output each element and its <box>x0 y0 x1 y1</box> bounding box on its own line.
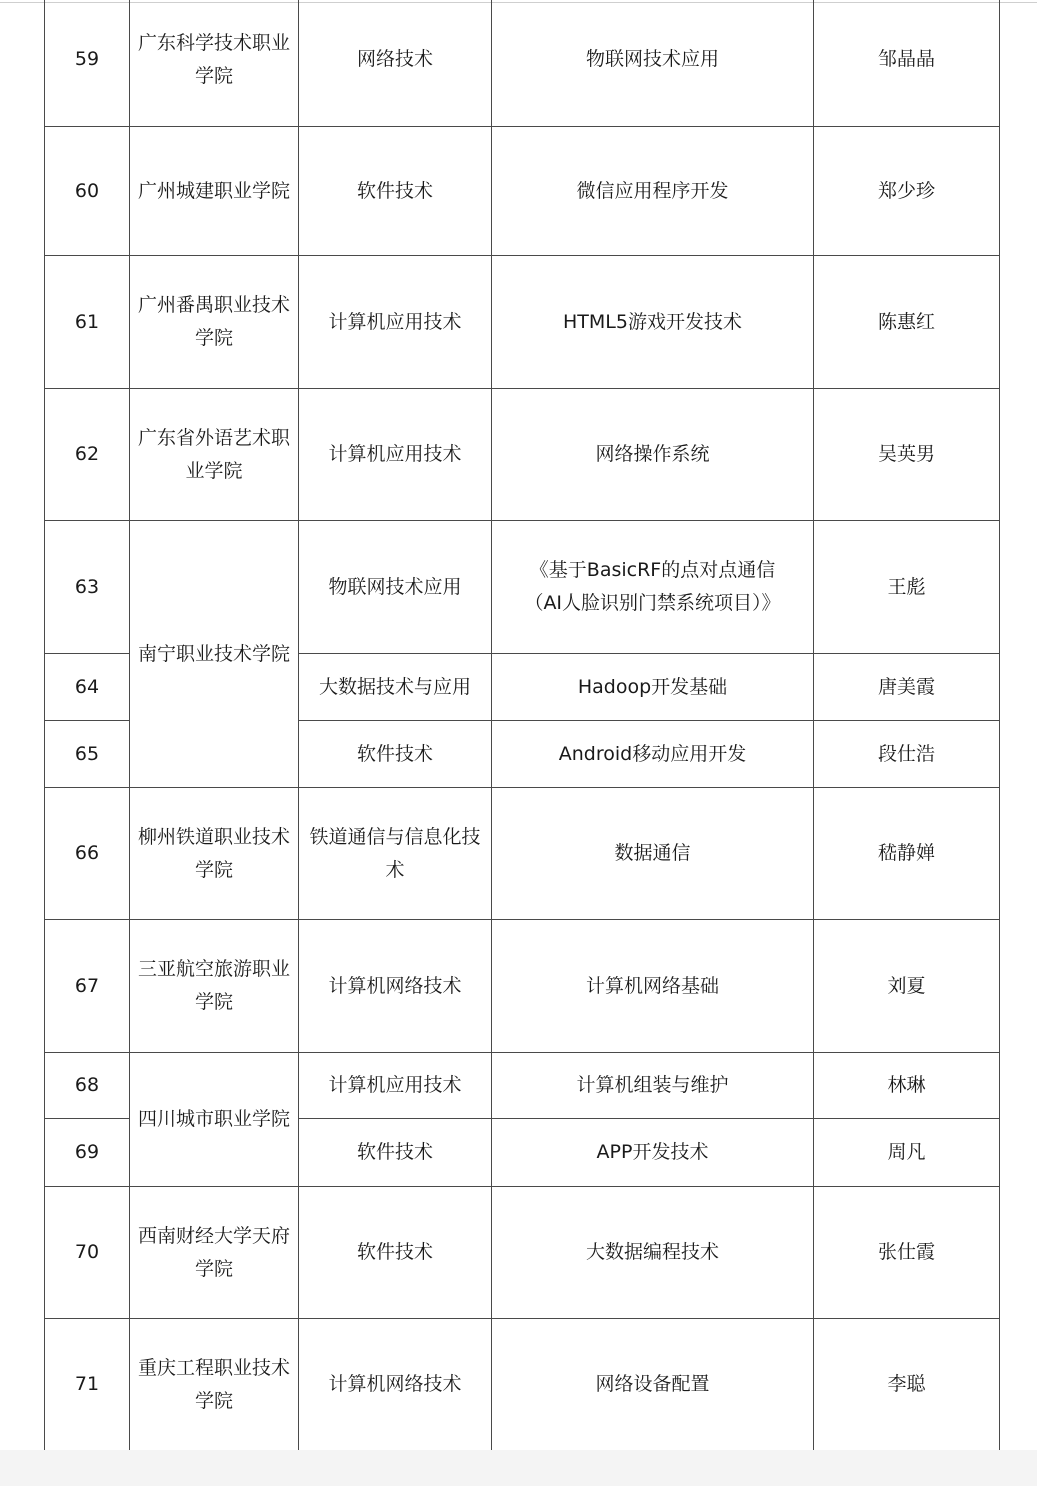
course-cell: 大数据编程技术 <box>492 1187 814 1319</box>
institution-line: 学院 <box>131 1385 297 1418</box>
table-row: 60 广州城建职业学院 软件技术 微信应用程序开发 郑少珍 <box>45 127 1000 256</box>
table-row: 59 广东科学技术职业 学院 网络技术 物联网技术应用 邹晶晶 <box>45 0 1000 127</box>
institution-line: 广东省外语艺术职 <box>131 422 297 455</box>
teacher-cell: 王彪 <box>814 521 1000 654</box>
institution-line: 学院 <box>131 986 297 1019</box>
row-number: 59 <box>45 0 130 127</box>
course-cell: Android移动应用开发 <box>492 721 814 788</box>
institution-cell-merged: 南宁职业技术学院 <box>130 521 299 788</box>
course-cell: 数据通信 <box>492 788 814 920</box>
institution-cell: 西南财经大学天府 学院 <box>130 1187 299 1319</box>
major-cell: 计算机网络技术 <box>299 1319 492 1451</box>
teacher-cell: 段仕浩 <box>814 721 1000 788</box>
institution-cell: 广东科学技术职业 学院 <box>130 0 299 127</box>
course-line: （AI人脸识别门禁系统项目）》 <box>494 587 811 620</box>
institution-line: 学院 <box>131 1253 297 1286</box>
teacher-cell: 张仕霞 <box>814 1187 1000 1319</box>
major-cell: 铁道通信与信息化技 术 <box>299 788 492 920</box>
row-number: 65 <box>45 721 130 788</box>
row-number: 61 <box>45 256 130 389</box>
major-cell: 物联网技术应用 <box>299 521 492 654</box>
major-line: 术 <box>301 854 489 887</box>
major-cell: 大数据技术与应用 <box>299 654 492 721</box>
teacher-cell: 刘夏 <box>814 920 1000 1053</box>
row-number: 68 <box>45 1053 130 1119</box>
course-cell: Hadoop开发基础 <box>492 654 814 721</box>
teacher-cell: 陈惠红 <box>814 256 1000 389</box>
teacher-cell: 邹晶晶 <box>814 0 1000 127</box>
institution-line: 学院 <box>131 322 297 355</box>
course-cell: 《基于BasicRF的点对点通信 （AI人脸识别门禁系统项目）》 <box>492 521 814 654</box>
teacher-cell: 吴英男 <box>814 389 1000 521</box>
teacher-cell: 李聪 <box>814 1319 1000 1451</box>
table-row: 62 广东省外语艺术职 业学院 计算机应用技术 网络操作系统 吴英男 <box>45 389 1000 521</box>
institution-cell: 广州城建职业学院 <box>130 127 299 256</box>
major-cell: 计算机应用技术 <box>299 1053 492 1119</box>
table-row: 70 西南财经大学天府 学院 软件技术 大数据编程技术 张仕霞 <box>45 1187 1000 1319</box>
course-cell: 计算机组装与维护 <box>492 1053 814 1119</box>
institution-cell-merged: 四川城市职业学院 <box>130 1053 299 1187</box>
course-cell: 网络操作系统 <box>492 389 814 521</box>
page-bottom-margin <box>0 1450 1037 1486</box>
major-cell: 网络技术 <box>299 0 492 127</box>
row-number: 70 <box>45 1187 130 1319</box>
teacher-cell: 郑少珍 <box>814 127 1000 256</box>
major-line: 铁道通信与信息化技 <box>301 821 489 854</box>
institution-line: 广州番禺职业技术 <box>131 289 297 322</box>
course-table: 59 广东科学技术职业 学院 网络技术 物联网技术应用 邹晶晶 60 广州城建职… <box>44 0 1000 1451</box>
teacher-cell: 林琳 <box>814 1053 1000 1119</box>
table-row: 61 广州番禺职业技术 学院 计算机应用技术 HTML5游戏开发技术 陈惠红 <box>45 256 1000 389</box>
institution-line: 三亚航空旅游职业 <box>131 953 297 986</box>
course-cell: HTML5游戏开发技术 <box>492 256 814 389</box>
row-number: 71 <box>45 1319 130 1451</box>
major-cell: 软件技术 <box>299 127 492 256</box>
course-cell: 微信应用程序开发 <box>492 127 814 256</box>
major-cell: 计算机应用技术 <box>299 389 492 521</box>
table-row: 63 南宁职业技术学院 物联网技术应用 《基于BasicRF的点对点通信 （AI… <box>45 521 1000 654</box>
major-cell: 软件技术 <box>299 1119 492 1187</box>
major-cell: 软件技术 <box>299 721 492 788</box>
major-cell: 计算机应用技术 <box>299 256 492 389</box>
institution-line: 西南财经大学天府 <box>131 1220 297 1253</box>
row-number: 64 <box>45 654 130 721</box>
table-row: 71 重庆工程职业技术 学院 计算机网络技术 网络设备配置 李聪 <box>45 1319 1000 1451</box>
document-page: 59 广东科学技术职业 学院 网络技术 物联网技术应用 邹晶晶 60 广州城建职… <box>0 0 1037 1450</box>
course-cell: 计算机网络基础 <box>492 920 814 1053</box>
row-number: 63 <box>45 521 130 654</box>
row-number: 62 <box>45 389 130 521</box>
institution-cell: 广东省外语艺术职 业学院 <box>130 389 299 521</box>
institution-cell: 柳州铁道职业技术 学院 <box>130 788 299 920</box>
institution-line: 重庆工程职业技术 <box>131 1352 297 1385</box>
teacher-cell: 周凡 <box>814 1119 1000 1187</box>
institution-cell: 广州番禺职业技术 学院 <box>130 256 299 389</box>
table-row: 67 三亚航空旅游职业 学院 计算机网络技术 计算机网络基础 刘夏 <box>45 920 1000 1053</box>
institution-line: 学院 <box>131 60 297 93</box>
table-row: 66 柳州铁道职业技术 学院 铁道通信与信息化技 术 数据通信 嵇静婵 <box>45 788 1000 920</box>
course-cell: APP开发技术 <box>492 1119 814 1187</box>
course-cell: 网络设备配置 <box>492 1319 814 1451</box>
institution-line: 广东科学技术职业 <box>131 27 297 60</box>
major-cell: 软件技术 <box>299 1187 492 1319</box>
row-number: 67 <box>45 920 130 1053</box>
table-row: 68 四川城市职业学院 计算机应用技术 计算机组装与维护 林琳 <box>45 1053 1000 1119</box>
institution-line: 业学院 <box>131 455 297 488</box>
major-cell: 计算机网络技术 <box>299 920 492 1053</box>
institution-line: 学院 <box>131 854 297 887</box>
row-number: 66 <box>45 788 130 920</box>
row-number: 69 <box>45 1119 130 1187</box>
course-cell: 物联网技术应用 <box>492 0 814 127</box>
institution-cell: 三亚航空旅游职业 学院 <box>130 920 299 1053</box>
institution-cell: 重庆工程职业技术 学院 <box>130 1319 299 1451</box>
course-line: 《基于BasicRF的点对点通信 <box>494 554 811 587</box>
row-number: 60 <box>45 127 130 256</box>
teacher-cell: 唐美霞 <box>814 654 1000 721</box>
institution-line: 柳州铁道职业技术 <box>131 821 297 854</box>
teacher-cell: 嵇静婵 <box>814 788 1000 920</box>
